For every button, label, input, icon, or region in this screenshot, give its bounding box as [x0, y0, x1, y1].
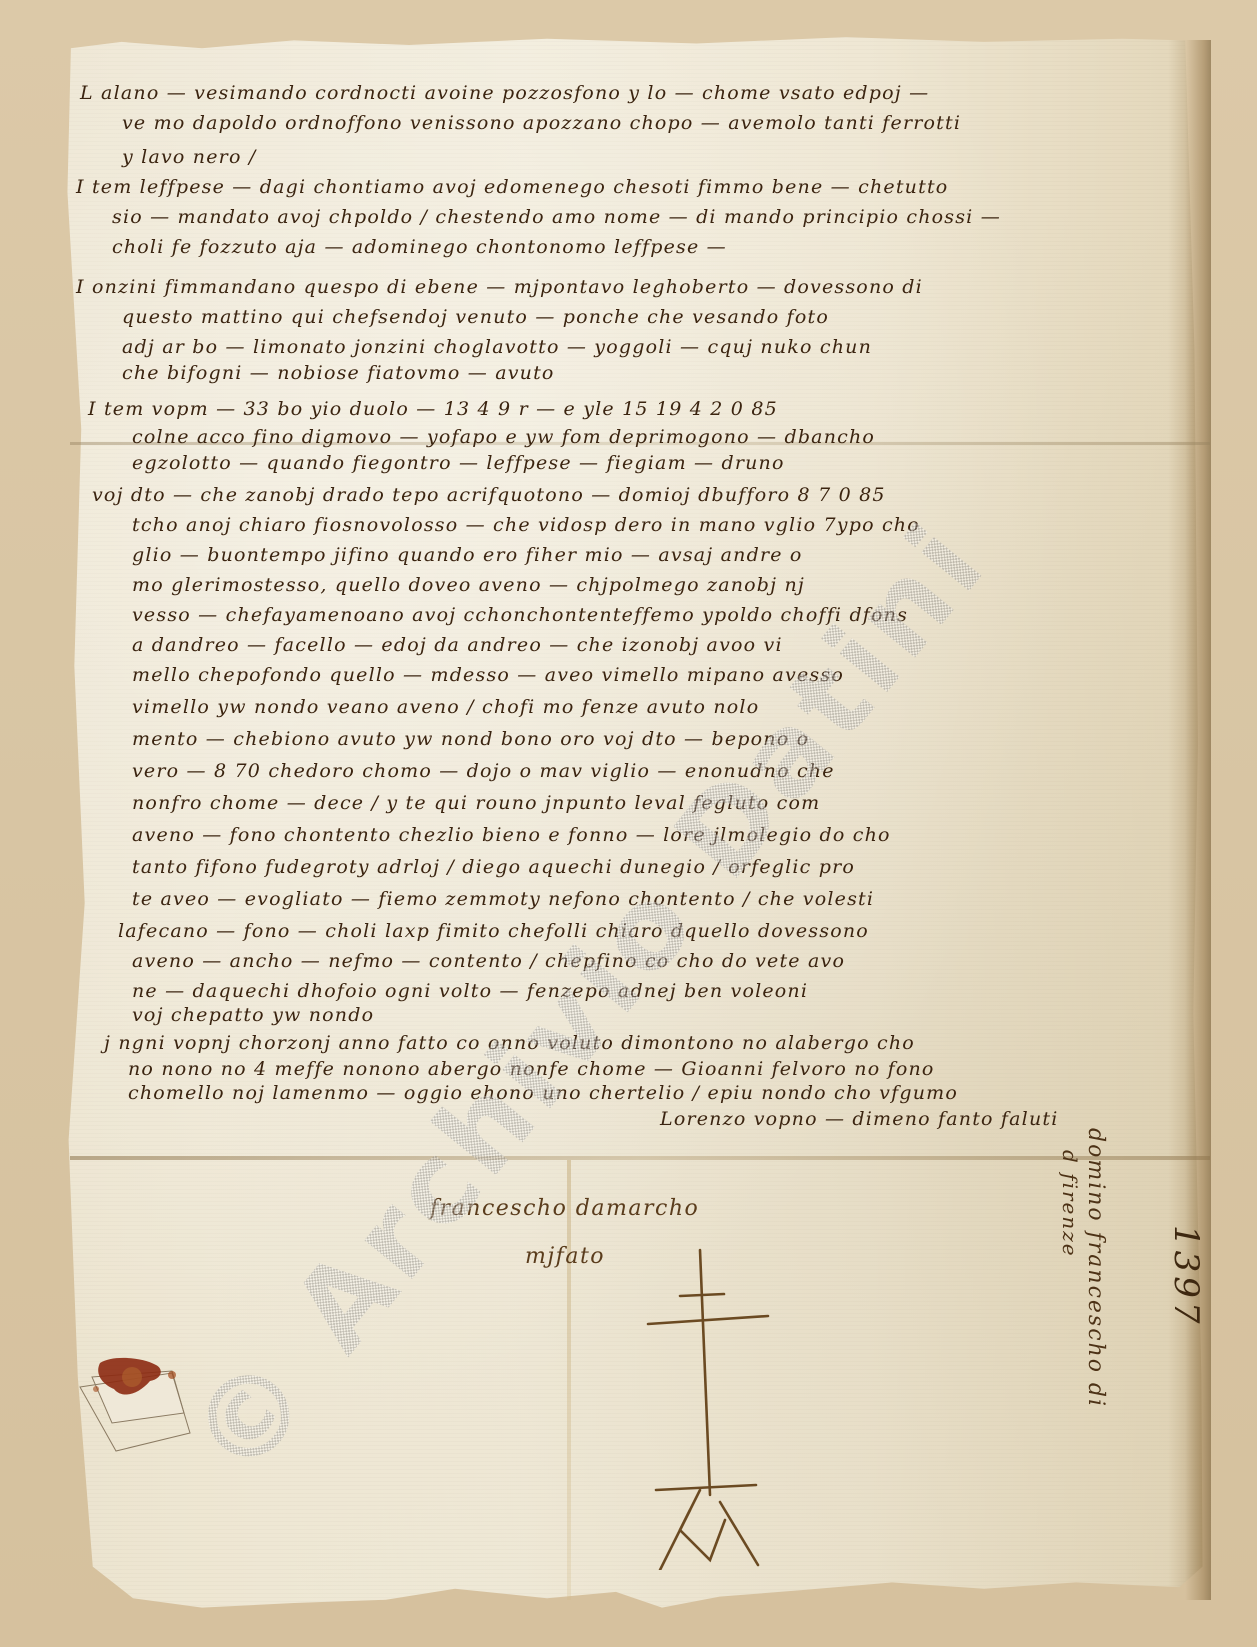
signature-title: mjfato	[525, 1244, 605, 1269]
handwritten-line: nonfro chome — dece / y te qui rouno jnp…	[132, 792, 820, 814]
handwritten-line: I tem leffpese — dagi chontiamo avoj edo…	[76, 176, 948, 198]
handwritten-line: glio — buontempo jifino quando ero fiher…	[132, 544, 803, 566]
handwritten-line: tcho anoj chiaro fiosnovolosso — che vid…	[132, 514, 920, 536]
handwritten-line: voj dto — che zanobj drado tepo acrifquo…	[92, 484, 886, 506]
handwritten-line: no nono no 4 meffe nonono abergo nonfe c…	[128, 1058, 935, 1080]
handwritten-line: tanto fifono fudegroty adrloj / diego aq…	[132, 856, 855, 878]
handwritten-line: chomello noj lamenmo — oggio ehono uno c…	[128, 1082, 958, 1104]
handwritten-line: j ngni vopnj chorzonj anno fatto co onno…	[104, 1032, 915, 1054]
handwritten-line: adj ar bo — limonato jonzini choglavotto…	[122, 336, 872, 358]
handwritten-line: mento — chebiono avuto yw nond bono oro …	[132, 728, 809, 750]
signature-name: francescho damarcho	[430, 1196, 699, 1221]
handwritten-line: vero — 8 70 chedoro chomo — dojo o mav v…	[132, 760, 835, 782]
handwritten-line: ve mo dapoldo ordnoffono venissono apozz…	[122, 112, 961, 134]
handwritten-line: L alano — vesimando cordnocti avoine poz…	[80, 82, 929, 104]
handwritten-line: ne — daquechi dhofoio ogni volto — fenze…	[132, 980, 808, 1002]
handwritten-line: lafecano — fono — choli laxp fimito chef…	[118, 920, 869, 942]
handwritten-line: colne acco fino digmovo — yofapo e yw fo…	[132, 426, 875, 448]
handwritten-line: te aveo — evogliato — fiemo zemmoty nefo…	[132, 888, 874, 910]
archival-number: 1397	[1166, 1225, 1206, 1328]
handwritten-line: vimello yw nondo veano aveno / chofi mo …	[132, 696, 759, 718]
handwritten-line: choli fe fozzuto aja — adominego chonton…	[112, 236, 727, 258]
handwritten-line: aveno — ancho — nefmo — contento / chepf…	[132, 950, 845, 972]
handwritten-line: aveno — fono chontento chezlio bieno e f…	[132, 824, 891, 846]
handwritten-line: sio — mandato avoj chpoldo / chestendo a…	[112, 206, 1001, 228]
handwritten-line: I tem vopm — 33 bo yio duolo — 13 4 9 r …	[88, 398, 778, 420]
handwritten-line: y lavo nero /	[122, 146, 256, 168]
closing-salutation: Lorenzo vopno — dimeno fanto faluti	[660, 1108, 1059, 1130]
merchant-mark-icon	[640, 1240, 820, 1570]
wax-seal-residue-icon	[72, 1355, 197, 1460]
handwritten-line: voj chepatto yw nondo	[132, 1004, 374, 1026]
handwritten-line: egzolotto — quando fiegontro — leffpese …	[132, 452, 785, 474]
vertical-address-note-2: d firenze	[1058, 1150, 1082, 1258]
handwritten-line: mo glerimostesso, quello doveo aveno — c…	[132, 574, 805, 596]
handwritten-line: I onzini fimmandano quespo di ebene — mj…	[76, 276, 923, 298]
handwritten-line: mello chepofondo quello — mdesso — aveo …	[132, 664, 844, 686]
vertical-address-note: domino francescho di	[1083, 1128, 1108, 1408]
handwritten-line: vesso — chefayamenoano avoj cchonchonten…	[132, 604, 908, 626]
handwritten-line: questo mattino qui chefsendoj venuto — p…	[122, 306, 829, 328]
handwritten-line: che bifogni — nobiose fiatovmo — avuto	[122, 362, 555, 384]
handwritten-line: a dandreo — facello — edoj da andreo — c…	[132, 634, 783, 656]
